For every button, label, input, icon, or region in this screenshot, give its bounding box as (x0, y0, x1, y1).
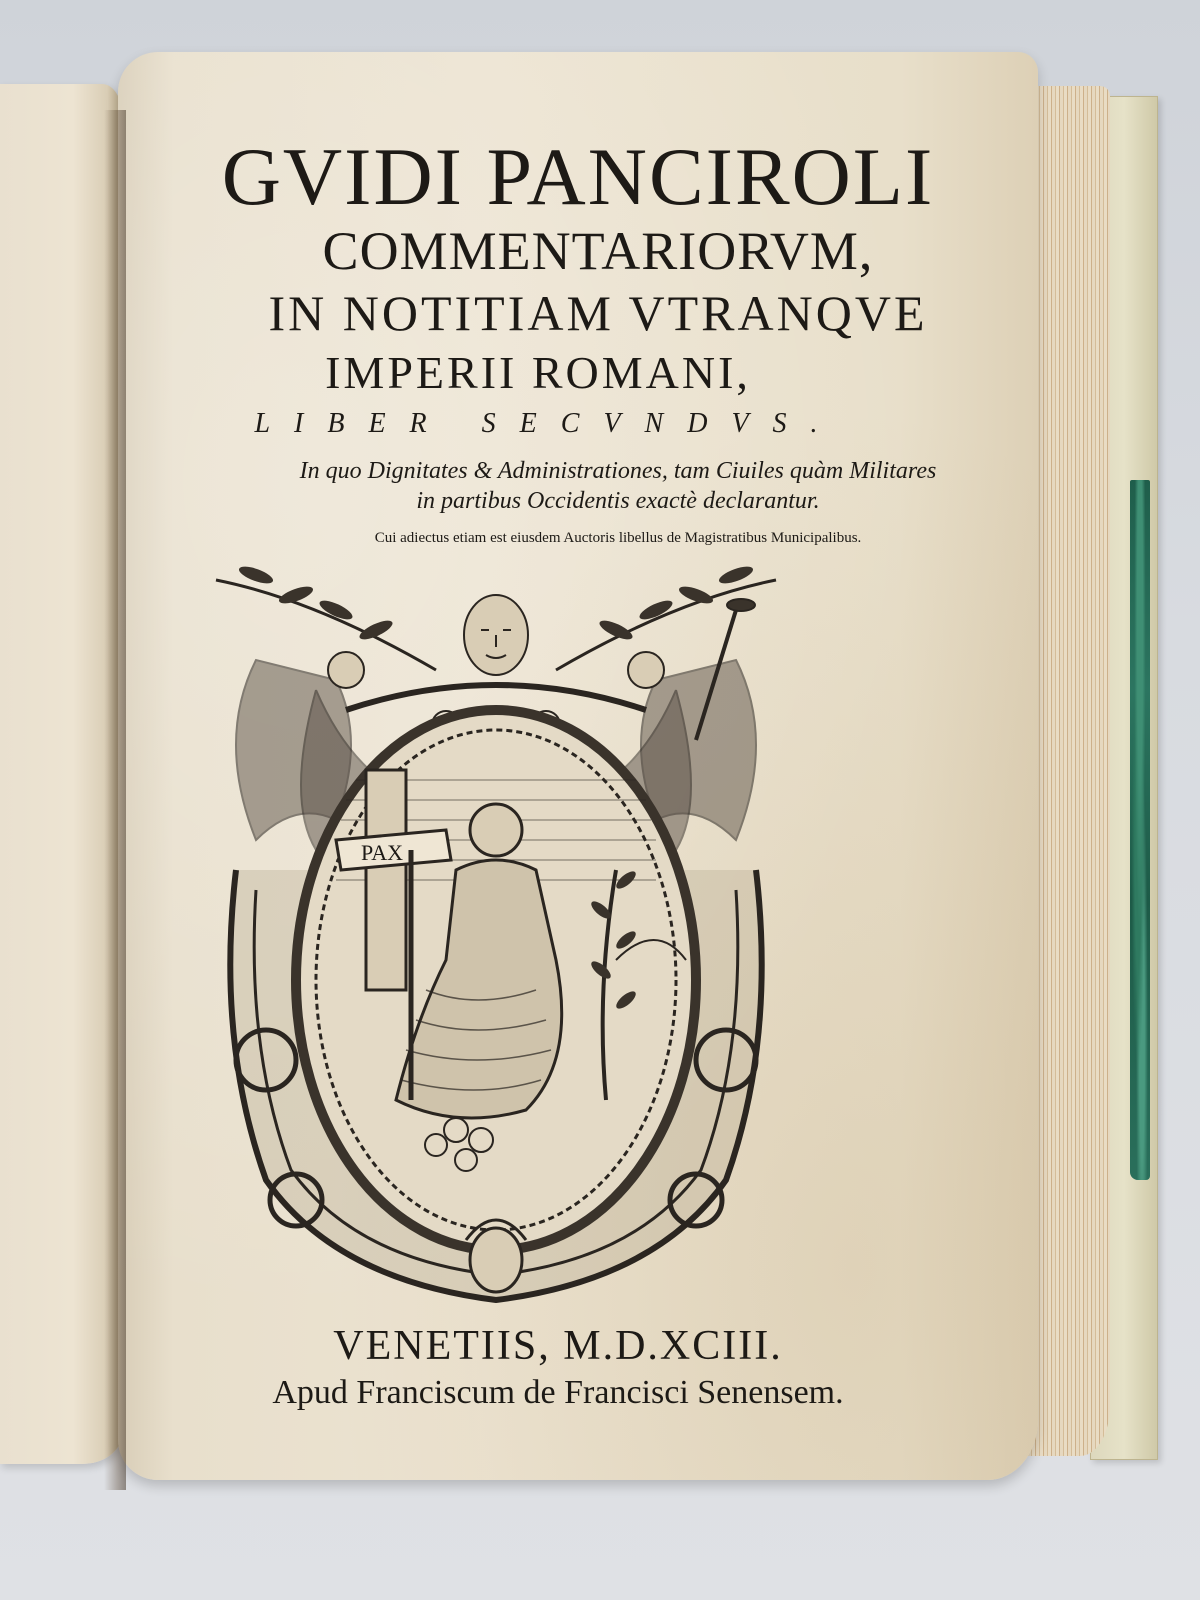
printers-device-woodcut: PAX (196, 540, 796, 1320)
imprint-printer: Apud Franciscum de Francisci Senensem. (98, 1374, 1018, 1412)
subtitle-line-1: In quo Dignitates & Administrationes, ta… (158, 456, 1078, 486)
marbled-cover (1130, 480, 1150, 1180)
gutter-shadow (104, 110, 126, 1490)
title-commentariorum: COMMENTARIORVM, (118, 220, 1058, 282)
title-notitiam: IN NOTITIAM VTRANQVE (118, 284, 1058, 342)
title-page: GVIDI PANCIROLI COMMENTARIORVM, IN NOTIT… (118, 52, 1038, 1480)
title-author: GVIDI PANCIROLI (118, 130, 1038, 224)
pax-banner-text: PAX (361, 840, 403, 865)
subtitle: In quo Dignitates & Administrationes, ta… (118, 456, 1078, 516)
imprint-place-date: VENETIIS, M.D.XCIII. (98, 1322, 1018, 1370)
title-liber: LIBER SECVNDVS. (88, 408, 1008, 440)
title-imperii: IMPERII ROMANI, (78, 346, 998, 399)
subtitle-line-2: in partibus Occidentis exactè declarantu… (158, 486, 1078, 516)
